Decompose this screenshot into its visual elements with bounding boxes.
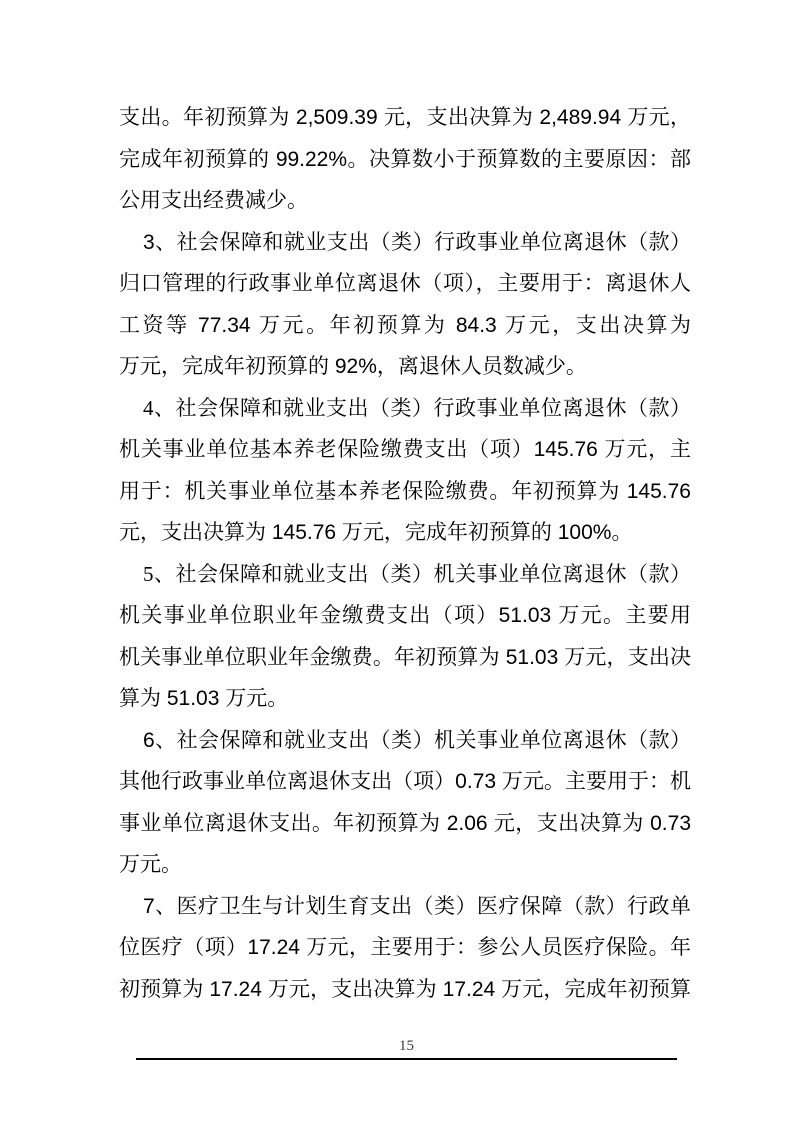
text-line: 用于：机关事业单位基本养老保险缴费。年初预算为 145.76 万 [119, 471, 691, 513]
text-line: 归口管理的行政事业单位离退休（项），主要用于：离退休人员 [119, 263, 691, 305]
text-line: 万元。 [119, 844, 691, 886]
text-line: 4、社会保障和就业支出（类）行政事业单位离退休（款） [119, 388, 691, 430]
text-line: 公用支出经费减少。 [119, 180, 691, 222]
text-line: 算为 51.03 万元。 [119, 678, 691, 720]
list-number: 6 [143, 729, 155, 752]
text-line: 6、社会保障和就业支出（类）机关事业单位离退休（款） [119, 720, 691, 762]
text-line: 元，支出决算为 145.76 万元，完成年初预算的 100%。 [119, 512, 691, 554]
text-line: 机关事业单位职业年金缴费。年初预算为 51.03 万元，支出决 [119, 637, 691, 679]
paragraph: 支出。年初预算为 2,509.39 元，支出决算为 2,489.94 万元，完成… [119, 97, 691, 222]
body-text: 支出。年初预算为 2,509.39 元，支出决算为 2,489.94 万元，完成… [119, 97, 691, 1010]
paragraph: 7、医疗卫生与计划生育支出（类）医疗保障（款）行政单位医疗（项）17.24 万元… [119, 886, 691, 1011]
text-line: 机关事业单位职业年金缴费支出（项）51.03 万元。主要用于： [119, 595, 691, 637]
text-line: 初预算为 17.24 万元，支出决算为 17.24 万元，完成年初预算 [119, 969, 691, 1011]
text-line: 万元，完成年初预算的 92%，离退休人员数减少。 [119, 346, 691, 388]
list-number: 3 [143, 231, 155, 254]
text-line: 机关事业单位基本养老保险缴费支出（项）145.76 万元，主要 [119, 429, 691, 471]
text-line: 工资等 77.34 万元。年初预算为 84.3 万元，支出决算为 77.34 [119, 305, 691, 347]
list-number: 5 [143, 562, 154, 586]
text-line: 其他行政事业单位离退休支出（项）0.73 万元。主要用于：机 [119, 761, 691, 803]
text-line: 3、社会保障和就业支出（类）行政事业单位离退休（款） [119, 222, 691, 264]
paragraph: 4、社会保障和就业支出（类）行政事业单位离退休（款）机关事业单位基本养老保险缴费… [119, 388, 691, 554]
text-line: 位医疗（项）17.24 万元，主要用于：参公人员医疗保险。年 [119, 927, 691, 969]
text-line: 支出。年初预算为 2,509.39 元，支出决算为 2,489.94 万元， [119, 97, 691, 139]
paragraph: 6、社会保障和就业支出（类）机关事业单位离退休（款）其他行政事业单位离退休支出（… [119, 720, 691, 886]
text-line: 事业单位离退休支出。年初预算为 2.06 元，支出决算为 0.73 [119, 803, 691, 845]
text-line: 7、医疗卫生与计划生育支出（类）医疗保障（款）行政单 [119, 886, 691, 928]
paragraph: 5、社会保障和就业支出（类）机关事业单位离退休（款）机关事业单位职业年金缴费支出… [119, 554, 691, 720]
footer-divider [136, 1058, 677, 1060]
list-number: 4 [143, 396, 154, 420]
text-line: 完成年初预算的 99.22%。决算数小于预算数的主要原因：部分 [119, 139, 691, 181]
list-number: 7 [143, 895, 155, 918]
page-number: 15 [136, 1038, 677, 1055]
paragraph: 3、社会保障和就业支出（类）行政事业单位离退休（款）归口管理的行政事业单位离退休… [119, 222, 691, 388]
text-line: 5、社会保障和就业支出（类）机关事业单位离退休（款） [119, 554, 691, 596]
document-page: 支出。年初预算为 2,509.39 元，支出决算为 2,489.94 万元，完成… [0, 0, 793, 1122]
